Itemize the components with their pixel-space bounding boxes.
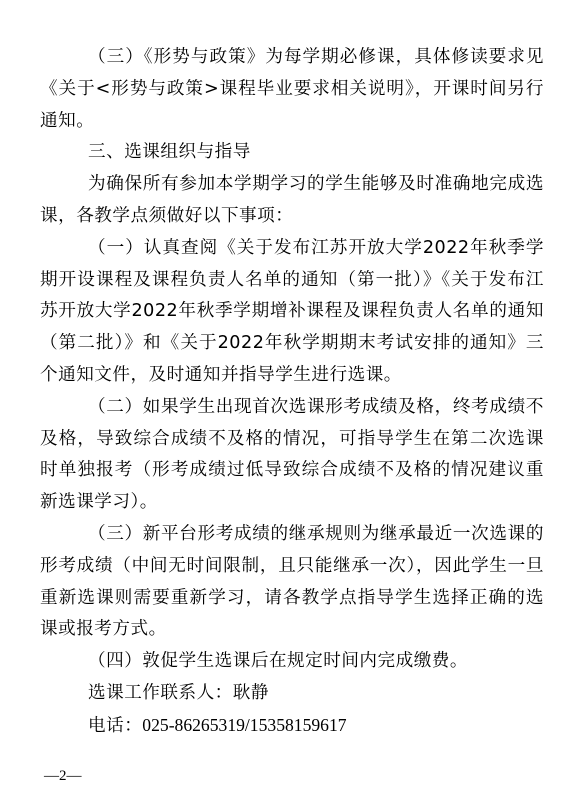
paragraph-task-3: （三）新平台形考成绩的继承规则为继承最近一次选课的形考成绩（中间无时间限制，且只… <box>40 519 544 646</box>
page-number: —2— <box>44 766 82 786</box>
paragraph-task-1: （一）认真查阅《关于发布江苏开放大学2022年秋季学期开设课程及课程负责人名单的… <box>40 233 544 392</box>
phone-line: 电话：025-86265319/15358159617 <box>40 710 544 743</box>
document-page: （三）《形势与政策》为每学期必修课，具体修读要求见《关于<形势与政策>课程毕业要… <box>40 42 544 743</box>
section-heading: 三、选课组织与指导 <box>40 137 544 169</box>
paragraph-policy-course: （三）《形势与政策》为每学期必修课，具体修读要求见《关于<形势与政策>课程毕业要… <box>40 42 544 137</box>
paragraph-task-4: （四）敦促学生选课后在规定时间内完成缴费。 <box>40 646 544 678</box>
paragraph-section-intro: 为确保所有参加本学期学习的学生能够及时准确地完成选课，各教学点须做好以下事项： <box>40 169 544 233</box>
contact-line: 选课工作联系人：耿静 <box>40 678 544 710</box>
phone-number: 025-86265319/15358159617 <box>142 715 346 735</box>
contact-label: 选课工作联系人： <box>88 683 233 703</box>
paragraph-task-2: （二）如果学生出现首次选课形考成绩及格，终考成绩不及格，导致综合成绩不及格的情况… <box>40 392 544 519</box>
contact-name: 耿静 <box>233 683 269 703</box>
phone-label: 电话： <box>88 716 142 736</box>
